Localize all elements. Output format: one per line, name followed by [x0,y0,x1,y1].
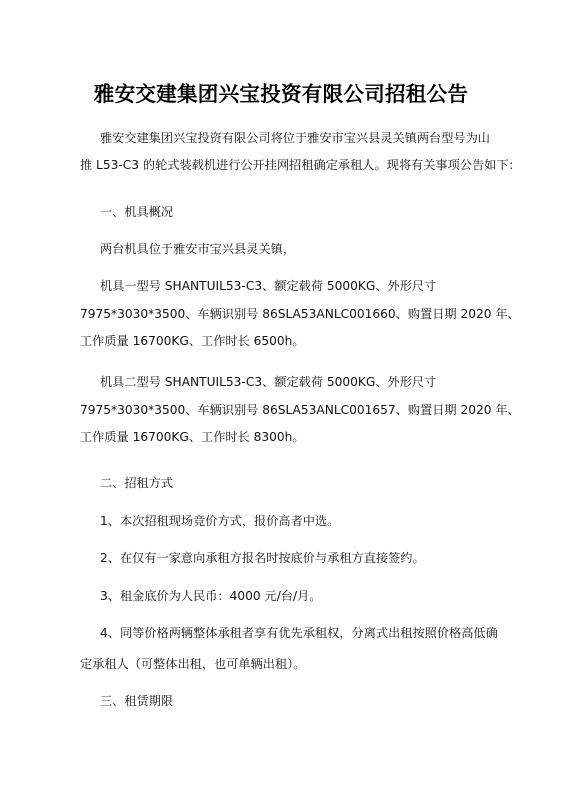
section-heading-equipment-overview: 一、机具概况 [100,203,173,221]
leasing-method-item-3: 3、租金底价为人民币：4000 元/台/月。 [100,587,321,605]
intro-paragraph-line-1: 雅安交建集团兴宝投资有限公司将位于雅安市宝兴县灵关镇两台型号为山 [100,129,490,147]
machine-2-line-2: 7975*3030*3500、车辆识别号 86SLA53ANLC001657、购… [80,401,520,419]
leasing-method-item-4-line-1: 4、同等价格两辆整体承租者享有优先承租权，分离式出租按照价格高低确 [100,624,498,642]
document-page: 雅安交建集团兴宝投资有限公司招租公告 雅安交建集团兴宝投资有限公司将位于雅安市宝… [0,0,562,792]
document-title: 雅安交建集团兴宝投资有限公司招租公告 [0,80,562,108]
equipment-location-text: 两台机具位于雅安市宝兴县灵关镇， [100,240,295,258]
machine-1-line-2: 7975*3030*3500、车辆识别号 86SLA53ANLC001660、购… [80,305,520,323]
machine-1-line-3: 工作质量 16700KG、工作时长 6500h。 [80,332,305,350]
machine-1-line-1: 机具一型号 SHANTUIL53-C3、额定载荷 5000KG、外形尺寸 [100,277,436,295]
intro-paragraph-line-2: 推 L53-C3 的轮式装载机进行公开挂网招租确定承租人。现将有关事项公告如下： [80,156,521,174]
section-heading-lease-term: 三、租赁期限 [100,692,173,710]
machine-2-line-3: 工作质量 16700KG、工作时长 8300h。 [80,428,305,446]
machine-2-line-1: 机具二型号 SHANTUIL53-C3、额定载荷 5000KG、外形尺寸 [100,373,436,391]
leasing-method-item-4-line-2: 定承租人（可整体出租，也可单辆出租）。 [80,655,305,673]
section-heading-leasing-method: 二、招租方式 [100,474,173,492]
leasing-method-item-1: 1、本次招租现场竞价方式，报价高者中选。 [100,512,339,530]
leasing-method-item-2: 2、在仅有一家意向承租方报名时按底价与承租方直接签约。 [100,549,425,567]
